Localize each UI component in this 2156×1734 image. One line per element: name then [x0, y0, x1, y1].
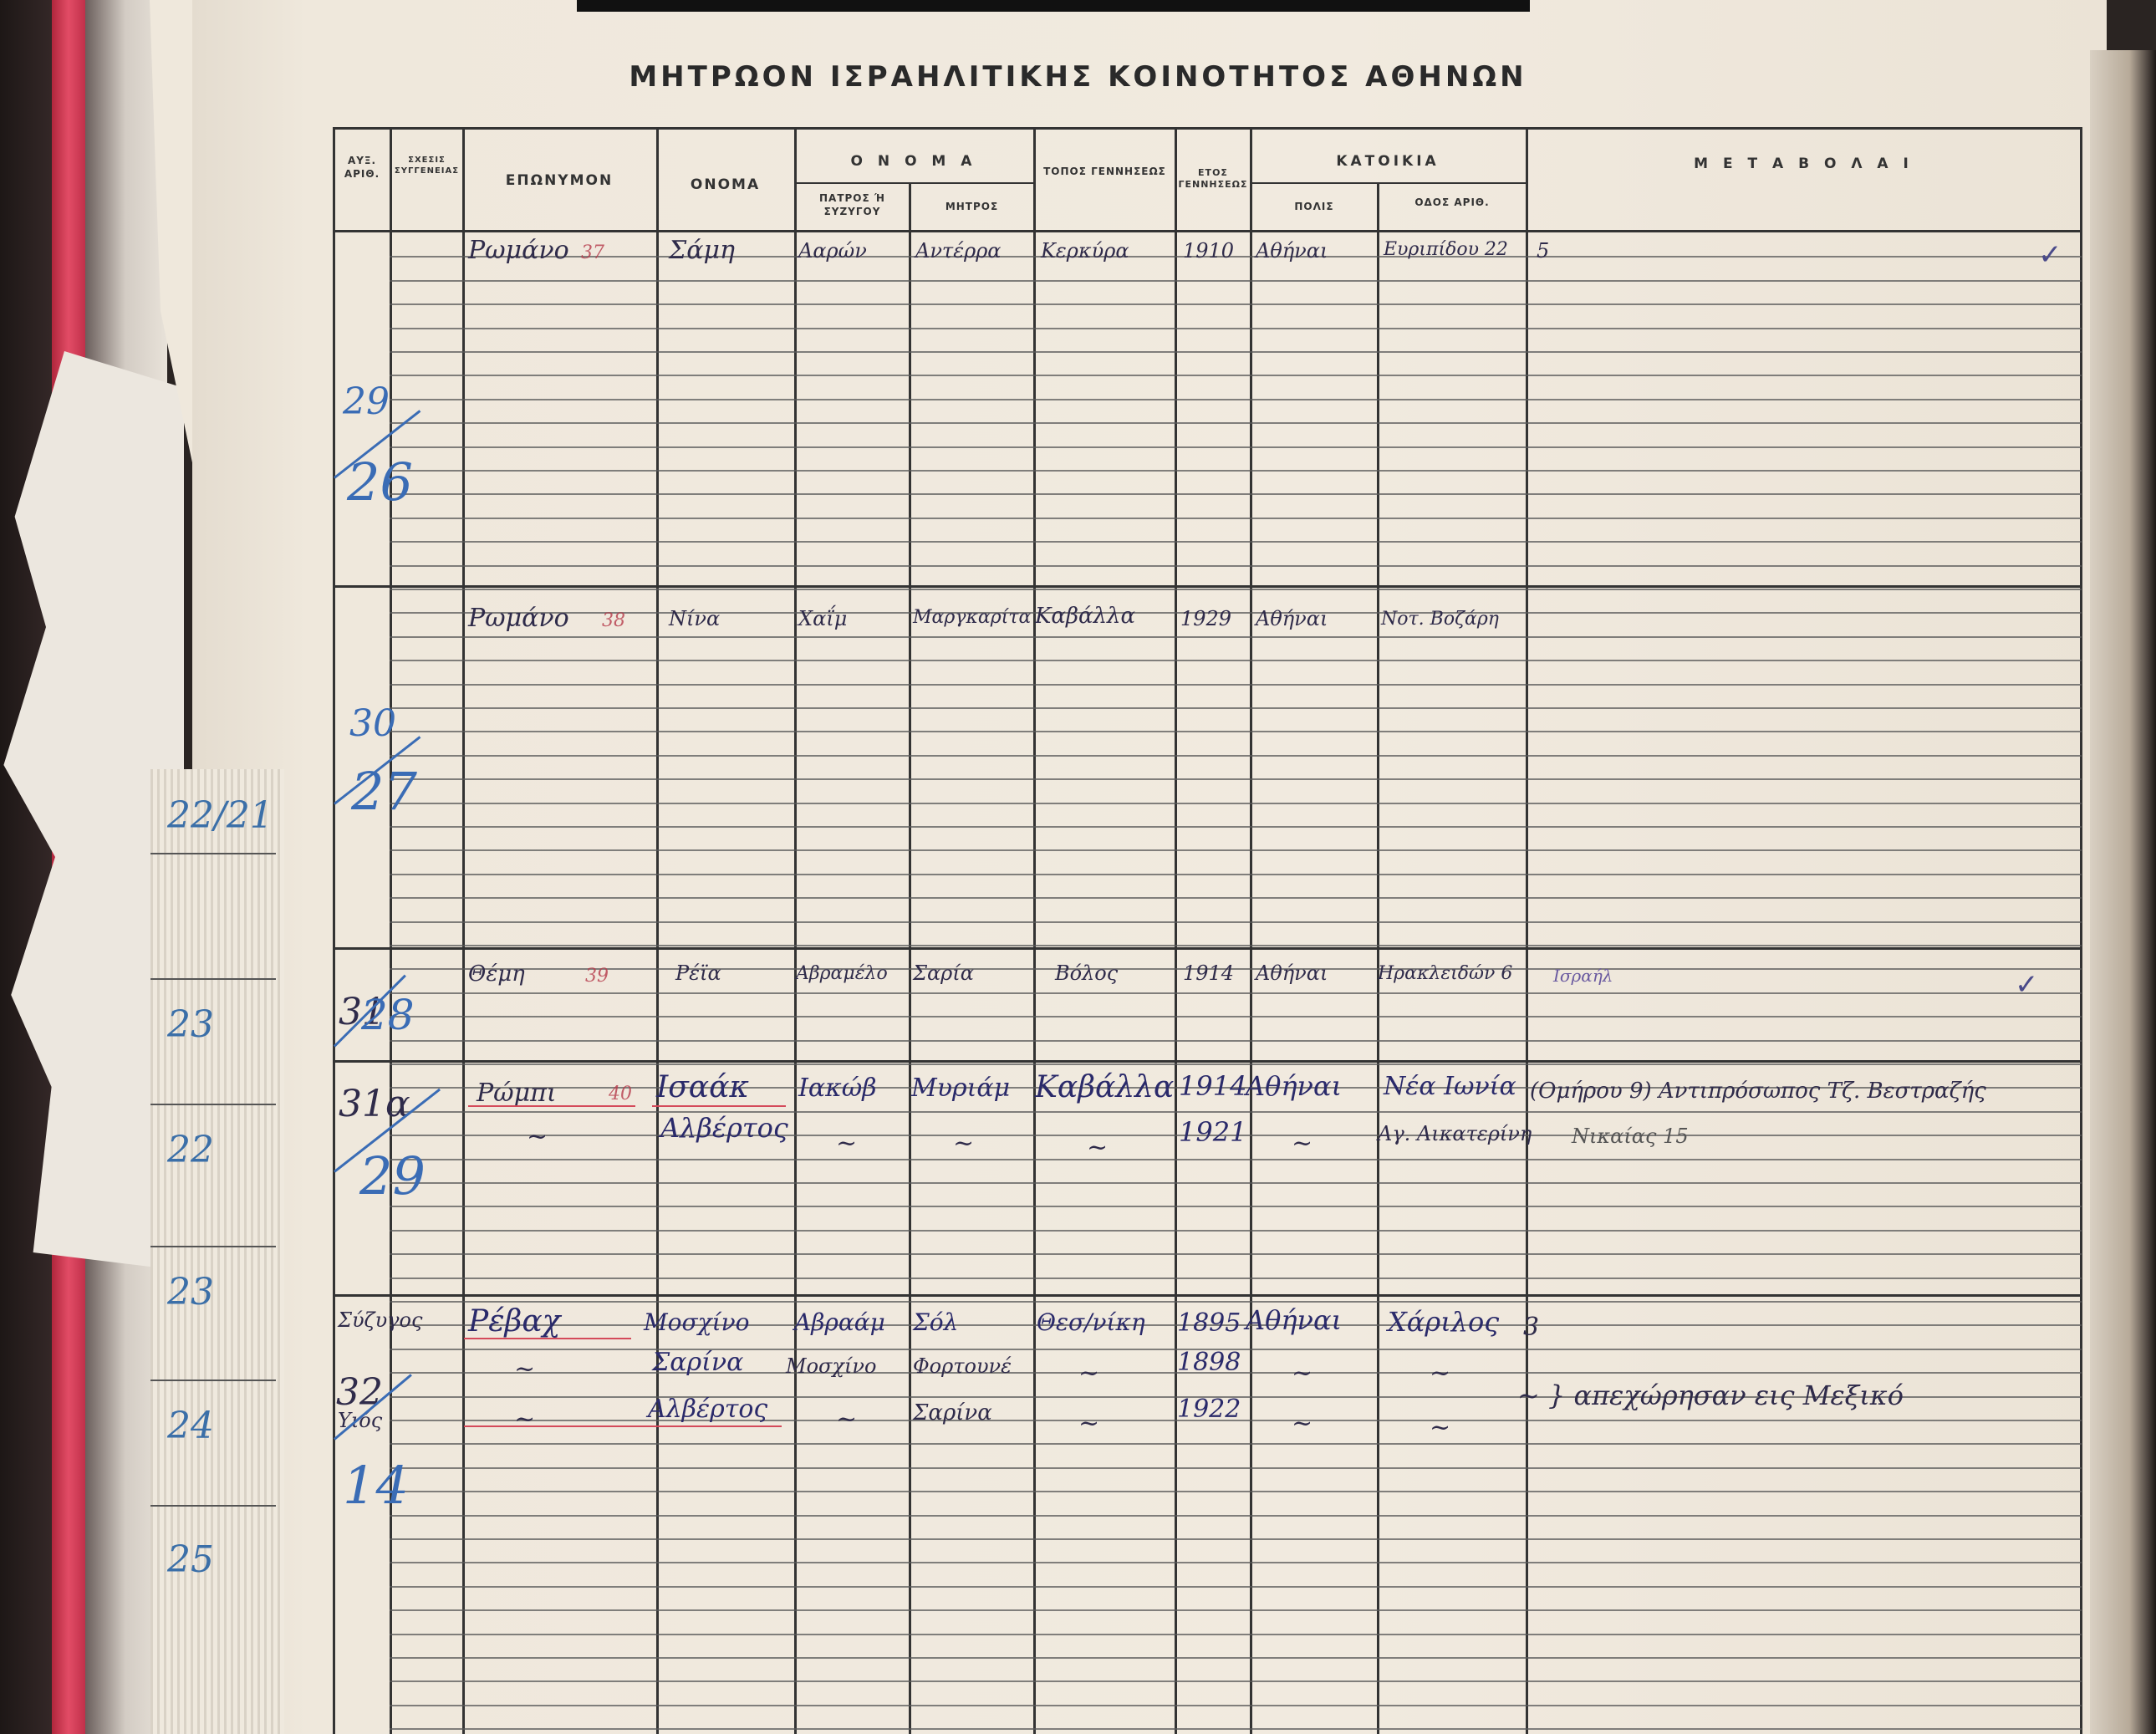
blue-number: 28	[361, 991, 415, 1039]
page-stack-cells: 22/21 23 22 23 24 25	[150, 769, 276, 1734]
father-name: ~	[836, 1405, 857, 1434]
birth-year: 1898	[1177, 1348, 1241, 1377]
stack-number: 23	[167, 1271, 214, 1313]
header-city: ΠΟΛΙΣ	[1251, 201, 1377, 214]
father-name: Ιακώβ	[798, 1074, 877, 1103]
street: Ηρακλειδών 6	[1378, 963, 1512, 984]
header-mother: ΜΗΤΡΟΣ	[910, 201, 1033, 214]
surname: ~	[527, 1122, 548, 1151]
relation: Σύζυγος	[338, 1308, 422, 1332]
mother-name: Μυριάμ	[911, 1074, 1010, 1103]
index-number: 38	[602, 610, 625, 631]
first-name: Ρέϊα	[675, 961, 721, 985]
stack-number: 25	[167, 1538, 214, 1581]
surname: Ρωμάνο	[468, 604, 569, 633]
street: Νοτ. Βοζάρη	[1381, 609, 1499, 630]
birth-year: 1910	[1183, 239, 1234, 263]
top-binding	[577, 0, 1530, 12]
birthplace: Κερκύρα	[1041, 239, 1129, 263]
birthplace: Καβάλλα	[1035, 604, 1135, 629]
city: ~	[1292, 1129, 1312, 1158]
birthplace: Καβάλλα	[1035, 1070, 1174, 1104]
street: Νέα Ιωνία	[1384, 1072, 1516, 1101]
header-father: ΠΑΤΡΟΣ Ή ΣΥΖΥΓΟΥ	[796, 192, 909, 218]
aux-number: 29	[343, 380, 390, 423]
birthplace: ~	[1078, 1359, 1099, 1388]
mother-name: Φορτουνέ	[913, 1354, 1012, 1378]
changes-note: ~ } απεχώρησαν εις Μεξικό	[1517, 1380, 1904, 1411]
birth-year: 1895	[1177, 1308, 1241, 1338]
father-name: Ααρών	[798, 239, 867, 263]
birthplace: ~	[1078, 1409, 1099, 1438]
header-birth-year: ΕΤΟΣ ΓΕΝΝΗΣΕΩΣ	[1176, 167, 1250, 191]
header-name-group: Ο Ν Ο Μ Α	[794, 152, 1033, 171]
birth-year: 1922	[1177, 1395, 1241, 1424]
changes-note: Νικαίας 15	[1572, 1125, 1689, 1148]
street: ~	[1430, 1413, 1450, 1442]
birthplace: ~	[1087, 1133, 1108, 1162]
header-surname: ΕΠΩΝΥΜΟΝ	[462, 171, 656, 190]
first-name: Σάμη	[669, 236, 735, 265]
mother-name: Σαρίνα	[913, 1400, 992, 1425]
street: Ευριπίδου 22	[1384, 239, 1508, 260]
father-name: Μοσχίνο	[786, 1354, 876, 1378]
first-name: Νίνα	[669, 607, 720, 630]
changes-note: Ισραήλ	[1553, 966, 1613, 986]
aux-number: 32	[336, 1371, 383, 1414]
mother-name: Σαρία	[913, 961, 974, 985]
surname: Ρώμπι	[477, 1079, 557, 1108]
changes-note: 3	[1523, 1313, 1539, 1342]
index-number: 37	[581, 242, 604, 263]
father-name: Χαΐμ	[798, 607, 847, 630]
index-number: 40	[609, 1084, 632, 1104]
changes-note: 5	[1537, 239, 1549, 263]
birth-year: 1929	[1180, 607, 1231, 630]
birth-year: 1921	[1179, 1116, 1246, 1148]
city: Αθήναι	[1256, 607, 1328, 630]
street: Χάριλος	[1388, 1306, 1499, 1338]
surname: Θέμη	[468, 961, 525, 987]
street: ~	[1430, 1359, 1450, 1388]
checkmark-icon: ✓	[2038, 238, 2062, 272]
city: Αθήναι	[1246, 1070, 1342, 1102]
stack-number: 23	[167, 1003, 214, 1046]
header-residence: ΚΑΤΟΙΚΙΑ	[1250, 152, 1526, 171]
surname: Ρωμάνο	[468, 236, 569, 265]
father-name: Αβραάμ	[794, 1308, 885, 1336]
checkmark-icon: ✓	[2015, 968, 2039, 1002]
header-name: ΟΝΟΜΑ	[656, 176, 794, 194]
birth-year: 1914	[1183, 961, 1234, 985]
stack-number: 22	[167, 1129, 214, 1171]
street: Αγ. Αικατερίνη	[1378, 1122, 1532, 1145]
header-aux-arith: ΑΥΞ. ΑΡΙΘ.	[334, 155, 390, 181]
city: Αθήναι	[1246, 1304, 1342, 1336]
aux-number: 30	[349, 702, 396, 745]
stack-number: 22/21	[167, 794, 273, 837]
mother-name: ~	[953, 1129, 974, 1158]
mother-name: Αντέρρα	[915, 239, 1002, 263]
father-name: Αβραμέλο	[796, 963, 888, 984]
page-edge-right	[2090, 50, 2156, 1734]
header-changes: Μ Ε Τ Α Β Ο Λ Α Ι	[1527, 155, 2080, 173]
city: ~	[1292, 1359, 1312, 1388]
birth-year: 1914	[1179, 1070, 1246, 1102]
father-name: ~	[836, 1129, 857, 1158]
page-title: ΜΗΤΡΩΟΝ ΙΣΡΑΗΛΙΤΙΚΗΣ ΚΟΙΝΟΤΗΤΟΣ ΑΘΗΝΩΝ	[0, 60, 2156, 94]
city: Αθήναι	[1256, 239, 1328, 263]
header-relation: ΣΧΕΣΙΣ ΣΥΓΓΕΝΕΙΑΣ	[391, 155, 462, 176]
header-street: ΟΔΟΣ ΑΡΙΘ.	[1379, 196, 1526, 210]
mother-name: Σόλ	[913, 1308, 958, 1336]
first-name: Μοσχίνο	[644, 1308, 749, 1336]
blue-number: 29	[359, 1145, 426, 1206]
first-name: Αλβέρτος	[648, 1395, 767, 1424]
city: ~	[1292, 1409, 1312, 1438]
blue-number: 14	[343, 1455, 409, 1516]
surname: ~	[514, 1405, 535, 1434]
mother-name: Μαργκαρίτα	[913, 607, 1031, 628]
stack-number: 24	[167, 1405, 214, 1447]
surname: Ρέβαχ	[468, 1304, 560, 1339]
birthplace: Θεσ/νίκη	[1037, 1308, 1145, 1336]
blue-number: 27	[351, 761, 417, 822]
birthplace: Βόλος	[1055, 961, 1118, 985]
surname: ~	[514, 1354, 535, 1384]
city: Αθήναι	[1256, 961, 1328, 985]
index-number: 39	[585, 966, 609, 987]
changes-note: (Ομήρου 9) Αντιπρόσωπος Τζ. Βεστραζής	[1530, 1079, 1986, 1104]
first-name: Σαρίνα	[652, 1348, 743, 1377]
first-name: Ισαάκ	[656, 1070, 749, 1104]
first-name: Αλβέρτος	[660, 1112, 788, 1144]
header-birthplace: ΤΟΠΟΣ ΓΕΝΝΗΣΕΩΣ	[1035, 166, 1175, 179]
